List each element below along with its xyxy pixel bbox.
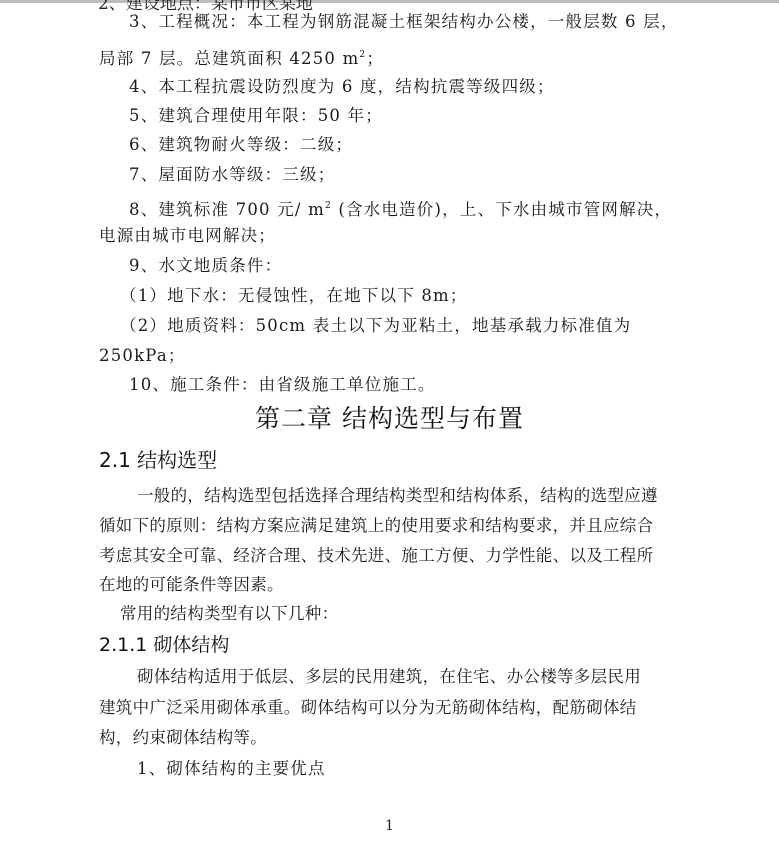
item-3-tail: ； [366, 49, 384, 68]
item-1-masonry-advantages: 1、砌体结构的主要优点 [137, 759, 735, 779]
item-9-2-line-1: （2）地质资料：50cm 表土以下为亚粘土，地基承载力标准值为 [120, 316, 718, 336]
page-number: 1 [0, 818, 779, 834]
item-7: 7、屋面防水等级：三级； [129, 165, 727, 185]
section-title-2-1-1: 2.1.1 砌体结构 [99, 632, 229, 658]
item-10: 10、施工条件：由省级施工单位施工。 [129, 375, 727, 395]
item-8-line-1: 8、建筑标准 700 元/ m2 (含水电造价)，上、下水由城市管网解决， [129, 196, 727, 220]
item-8-post: (含水电造价)，上、下水由城市管网解决， [332, 200, 672, 219]
section-2-1-para-line-1: 一般的，结构选型包括选择合理结构类型和结构体系，结构的选型应遵 [137, 486, 735, 506]
section-title-2-1: 2.1 结构选型 [99, 447, 217, 473]
item-9-1: （1）地下水：无侵蚀性，在地下以下 8m； [120, 286, 718, 306]
section-2-1-1-para-line-2: 建筑中广泛采用砌体承重。砌体结构可以分为无筋砌体结构，配筋砌体结 [99, 698, 697, 718]
section-2-1-para-line-4: 在地的可能条件等因素。 [99, 575, 697, 595]
section-2-1-para-line-2: 循如下的原则：结构方案应满足建筑上的使用要求和结构要求，并且应综合 [99, 516, 697, 536]
item-9-2-line-2: 250kPa； [99, 346, 697, 366]
section-2-1-para-line-3: 考虑其安全可靠、经济合理、技术先进、施工方便、力学性能、以及工程所 [99, 546, 697, 566]
superscript: 2 [325, 201, 332, 211]
item-8-pre: 8、建筑标准 700 元/ m [129, 200, 325, 219]
item-5: 5、建筑合理使用年限：50 年； [129, 106, 727, 126]
item-3-line-2: 局部 7 层。总建筑面积 4250 m2； [99, 45, 697, 69]
document-page: 2、建设地点：某市市区某地 3、工程概况：本工程为钢筋混凝土框架结构办公楼，一般… [0, 0, 779, 867]
item-3-line-1: 3、工程概况：本工程为钢筋混凝土框架结构办公楼，一般层数 6 层， [129, 12, 727, 32]
item-3-cont: 局部 7 层。总建筑面积 4250 m [99, 49, 359, 68]
chapter-title: 第二章 结构选型与布置 [0, 403, 779, 435]
common-types-line: 常用的结构类型有以下几种： [120, 604, 718, 624]
item-4: 4、本工程抗震设防烈度为 6 度，结构抗震等级四级； [129, 77, 727, 97]
item-9: 9、水文地质条件： [129, 256, 727, 276]
section-2-1-1-para-line-3: 构，约束砌体结构等。 [99, 728, 697, 748]
section-2-1-1-para-line-1: 砌体结构适用于低层、多层的民用建筑，在住宅、办公楼等多层民用 [137, 667, 735, 687]
item-6: 6、建筑物耐火等级：二级； [129, 135, 727, 155]
item-8-line-2: 电源由城市电网解决； [99, 226, 697, 246]
